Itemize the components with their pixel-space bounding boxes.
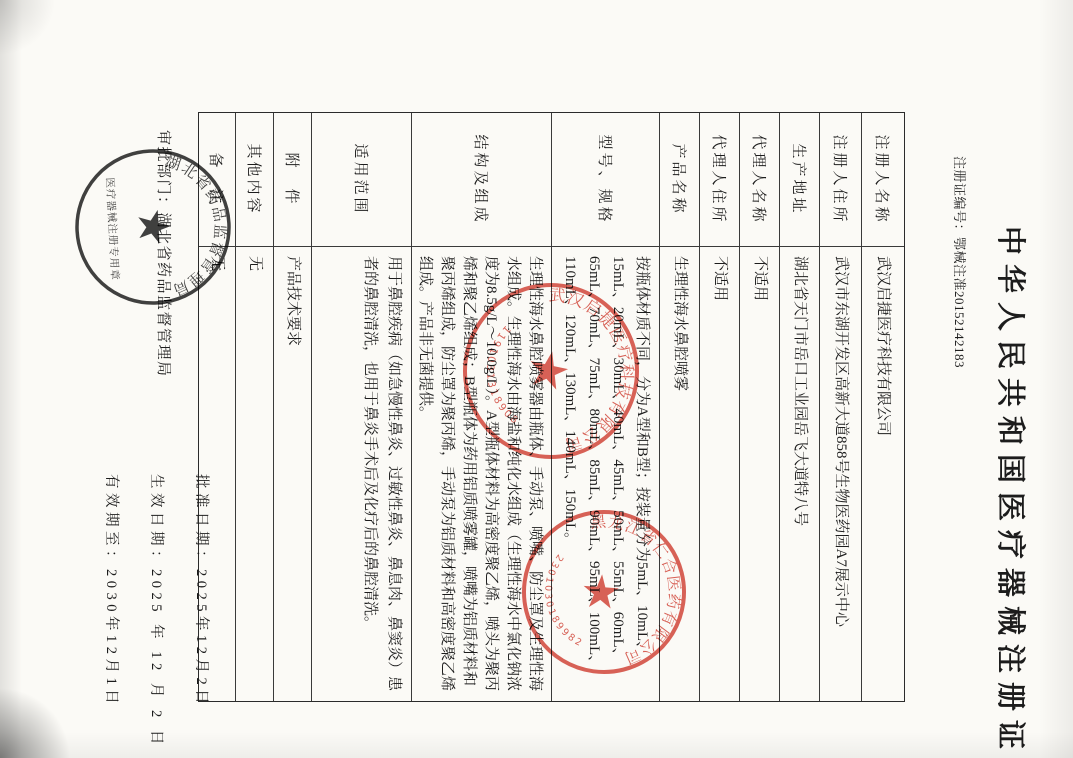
field-value: 不适用: [740, 247, 779, 701]
field-label: 产品名称: [660, 113, 699, 247]
table-row: 注册人名称 武汉启捷医疗科技有限公司: [862, 113, 904, 701]
field-label: 注册人住所: [820, 113, 861, 247]
effective-date: 生效日期：2025 年 12 月 2 日: [133, 474, 178, 749]
seal-inner-text: 医疗器械注册专用章: [103, 177, 121, 281]
registration-number-value: 鄂械注准20152142183: [952, 237, 967, 368]
table-row: 注册人住所 武汉市东湖开发区高新大道858号生物医药园A7展示中心: [820, 113, 862, 701]
svg-text:1191031318908: 1191031318908: [479, 322, 522, 430]
star-icon: ★: [571, 566, 633, 619]
field-value: 不适用: [700, 247, 739, 701]
seal-serial-number: 1191031318908: [479, 322, 522, 430]
registration-number: 注册证编号：鄂械注准20152142183: [951, 156, 970, 368]
field-label: 适用范围: [312, 113, 411, 247]
field-value: 湖北省天门市岳口工业园岳飞大道特八号: [780, 247, 819, 701]
certificate-title: 中华人民共和国医疗器械注册证: [992, 226, 1033, 758]
star-icon: ★: [127, 206, 180, 248]
table-row: 适用范围 用于鼻腔疾病（如急慢性鼻炎、过敏性鼻炎、鼻息肉、鼻窦炎）患者的鼻腔清洗…: [312, 113, 412, 701]
field-label: 注册人名称: [862, 113, 904, 247]
field-label: 附 件: [274, 113, 311, 247]
field-value: 用于鼻腔疾病（如急慢性鼻炎、过敏性鼻炎、鼻息肉、鼻窦炎）患者的鼻腔清洗，也用于鼻…: [312, 247, 411, 701]
certificate-page: 中华人民共和国医疗器械注册证 注册证编号：鄂械注准20152142183 注册人…: [0, 0, 1073, 758]
table-row: 附 件 产品技术要求: [274, 113, 312, 701]
company-seal-1: 武汉启捷医疗科技有限公司 ★ 1191031318908: [450, 270, 652, 472]
field-label: 代理人住所: [700, 113, 739, 247]
field-label: 结构及组成: [412, 113, 551, 247]
table-row: 生产地址 湖北省天门市岳口工业园岳飞大道特八号: [780, 113, 820, 701]
scanned-certificate-image: 中华人民共和国医疗器械注册证 注册证编号：鄂械注准20152142183 注册人…: [0, 0, 1073, 758]
date-block: 批准日期：2025年12月2日 生效日期：2025 年 12 月 2 日 有效期…: [88, 474, 223, 749]
field-label: 生产地址: [780, 113, 819, 247]
field-label: 代理人名称: [740, 113, 779, 247]
approval-date: 批准日期：2025年12月2日: [178, 474, 223, 749]
table-row: 代理人住所 不适用: [700, 113, 740, 701]
registration-number-label: 注册证编号：: [952, 156, 967, 237]
field-value: 武汉市东湖开发区高新大道858号生物医药园A7展示中心: [820, 247, 861, 701]
field-value: 产品技术要求: [274, 247, 311, 701]
field-label: 型号、规格: [552, 113, 659, 247]
field-label: 其他内容: [236, 113, 273, 247]
table-row: 代理人名称 不适用: [740, 113, 780, 701]
table-row: 其他内容 无: [236, 113, 274, 701]
field-value: 无: [236, 247, 273, 701]
expiry-date: 有效期至：2030年12月1日: [88, 474, 133, 749]
star-icon: ★: [518, 346, 580, 397]
authority-seal: 湖北省药品监督管理局 ★ 医疗器械注册专用章: [67, 141, 239, 313]
field-value: 武汉启捷医疗科技有限公司: [862, 247, 904, 701]
